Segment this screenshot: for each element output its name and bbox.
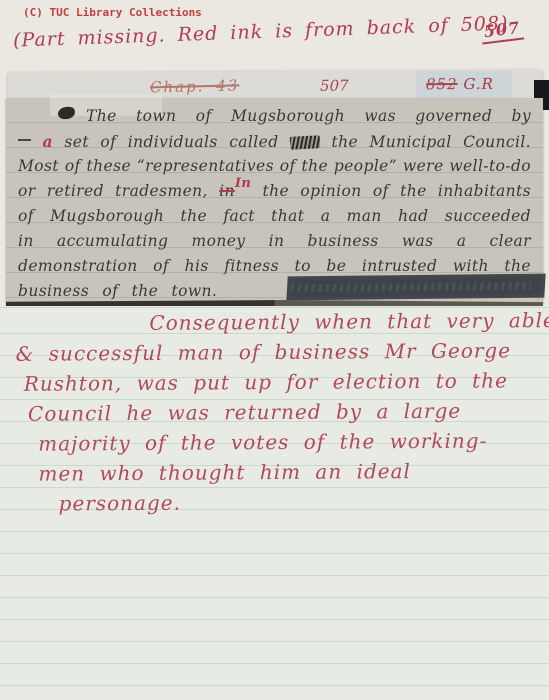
- initials-text: G.R: [463, 75, 494, 93]
- chapter-label-struck: Chap. 43: [150, 76, 240, 96]
- manuscript-paper: The town of Mugsborough was governed by …: [6, 98, 543, 303]
- manuscript-line-5: of Mugsborough the fact that a man had s…: [6, 204, 543, 229]
- line-4-post: the opinion of the inhabitants: [263, 182, 531, 200]
- red-passage: Consequently when that very able & succe…: [13, 305, 542, 519]
- inked-out-line: [286, 274, 545, 301]
- red-passage-line: Council he was returned by a large: [28, 395, 542, 429]
- red-passage-line: men who thought him an ideal: [38, 455, 542, 489]
- manuscript-line-4: or retired tradesmen, inIn the opinion o…: [6, 179, 543, 204]
- red-passage-line: personage.: [59, 485, 543, 518]
- red-passage-line: majority of the votes of the working-: [38, 425, 542, 459]
- manuscript-line-2: a set of individuals called the Municipa…: [6, 129, 543, 154]
- line-4-pre: or retired tradesmen,: [18, 182, 208, 200]
- red-passage-line: Consequently when that very able: [149, 305, 541, 338]
- line-2-end: the Municipal Council.: [331, 133, 531, 151]
- strip-initials: 852 G.R: [426, 75, 494, 93]
- red-passage-line: Rushton, was put up for election to the: [24, 365, 542, 399]
- struck-word: in: [219, 182, 235, 200]
- library-watermark: (C) TUC Library Collections: [23, 6, 202, 19]
- struck-mark: [18, 139, 31, 141]
- manuscript-line-3: Most of these “representatives of the pe…: [6, 154, 543, 179]
- manuscript-scan-page: (C) TUC Library Collections (Part missin…: [0, 0, 549, 700]
- line-2-mid: set of individuals called: [64, 133, 278, 151]
- strip-page-number: 507: [320, 77, 349, 95]
- red-passage-line: & successful man of business Mr George: [15, 335, 541, 369]
- manuscript-line-1: The town of Mugsborough was governed by: [6, 104, 543, 129]
- page-number: 507: [479, 17, 524, 44]
- red-insert-in: In: [235, 176, 251, 191]
- struck-number: 852: [426, 75, 458, 93]
- red-insert-a: a: [42, 132, 52, 151]
- manuscript-line-6: in accumulating money in business was a …: [6, 229, 543, 254]
- scribbled-out-word: [290, 135, 321, 150]
